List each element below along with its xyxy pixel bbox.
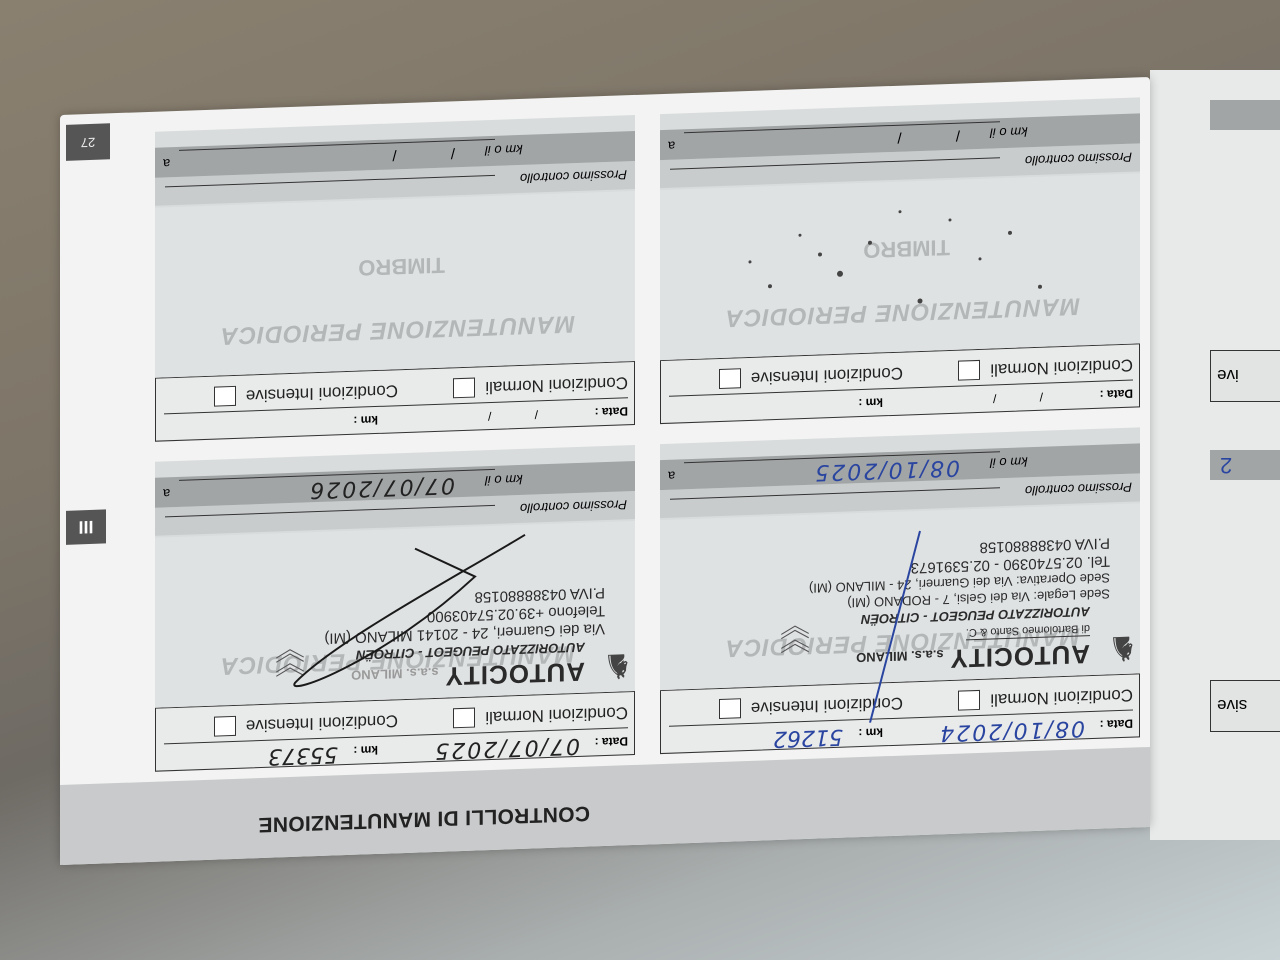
stamp-legal-form: s.a.s. MILANO	[351, 665, 438, 683]
at-label: a	[668, 469, 675, 484]
maintenance-booklet: CONTROLLI DI MANUTENZIONE III 27 Data : …	[60, 77, 1150, 865]
intensive-conditions-label: Condizioni Intensive	[246, 380, 398, 405]
next-check-date-blank[interactable]: / /	[897, 127, 960, 146]
next-check-date[interactable]: 08/10/2025	[813, 455, 960, 485]
stamp-legal-form: s.a.s. MILANO	[856, 647, 943, 665]
citroen-chevron-icon: ︾︾	[277, 638, 305, 667]
normal-conditions-label: Condizioni Normali	[485, 702, 628, 727]
stamp-area: MANUTENZIONE PERIODICA TIMBRO	[155, 191, 635, 378]
maintenance-entry-card: Data : 07/07/2025 km : 55373 Condizioni …	[155, 445, 635, 772]
intensive-conditions-checkbox[interactable]	[214, 716, 236, 737]
facing-page: ive 2 sive	[1150, 70, 1280, 840]
date-label: Data :	[1100, 717, 1133, 732]
dealer-stamp: ♞ AUTOCITYs.a.s. MILANO AUTORIZZATO PEUG…	[185, 526, 605, 701]
at-label: a	[163, 486, 170, 501]
km-value[interactable]: 51262	[773, 724, 843, 751]
normal-conditions-checkbox[interactable]	[958, 360, 980, 381]
intensive-conditions-checkbox[interactable]	[719, 368, 741, 389]
maintenance-entry-card: Data : / / km : Condizioni Normali Condi…	[155, 115, 635, 442]
stamp-area: MANUTENZIONE PERIODICA ♞ AUTOCITYs.a.s. …	[155, 521, 635, 708]
normal-conditions-checkbox[interactable]	[958, 690, 980, 711]
watermark-stamp: TIMBRO	[863, 234, 950, 263]
page-number: 27	[66, 123, 110, 161]
photo-scene: ive 2 sive CONTROLLI DI MANUTENZIONE III…	[0, 0, 1280, 960]
lion-logo-icon: ♞	[603, 645, 633, 686]
km-label: km :	[858, 395, 883, 410]
date-value[interactable]: 07/07/2025	[433, 733, 580, 763]
date-label: Data :	[595, 404, 628, 419]
next-check-label: Prossimo controllo	[520, 167, 627, 186]
citroen-chevron-icon: ︾︾	[782, 615, 810, 644]
facing-page-label-2: sive	[1217, 695, 1247, 715]
normal-conditions-option[interactable]: Condizioni Normali	[453, 702, 628, 728]
intensive-conditions-label: Condizioni Intensive	[751, 363, 903, 388]
intensive-conditions-option[interactable]: Condizioni Intensive	[719, 693, 903, 719]
next-check-date-blank[interactable]: / /	[392, 144, 455, 163]
entries-grid: Data : 08/10/2024 km : 51262 Condizioni …	[140, 87, 1140, 772]
facing-page-handwriting: 2	[1220, 452, 1232, 478]
intensive-conditions-checkbox[interactable]	[719, 698, 741, 719]
intensive-conditions-option[interactable]: Condizioni Intensive	[719, 363, 903, 389]
stamp-owner: di Bartolomeo Santo & C.	[966, 622, 1090, 640]
km-label: km :	[858, 725, 883, 740]
intensive-conditions-label: Condizioni Intensive	[751, 693, 903, 718]
date-blank[interactable]: / /	[488, 407, 538, 423]
booklet-page: CONTROLLI DI MANUTENZIONE III 27 Data : …	[60, 77, 1150, 865]
normal-conditions-label: Condizioni Normali	[990, 355, 1133, 380]
km-label: km :	[353, 743, 378, 758]
next-check-label: Prossimo controllo	[520, 497, 627, 516]
km-value[interactable]: 55373	[268, 741, 338, 768]
normal-conditions-option[interactable]: Condizioni Normali	[958, 685, 1133, 711]
next-check-label: Prossimo controllo	[1025, 150, 1132, 169]
next-check-label: Prossimo controllo	[1025, 480, 1132, 499]
watermark-stamp: TIMBRO	[358, 252, 445, 281]
facing-page-km-band-2: 2	[1210, 450, 1280, 480]
normal-conditions-option[interactable]: Condizioni Normali	[453, 372, 628, 398]
facing-page-km-band	[1210, 100, 1280, 130]
date-value[interactable]: 08/10/2024	[938, 715, 1085, 745]
next-check-date[interactable]: 07/07/2026	[308, 472, 455, 502]
stamp-brand: AUTOCITY	[950, 639, 1090, 674]
normal-conditions-checkbox[interactable]	[453, 378, 475, 399]
lion-logo-icon: ♞	[1108, 627, 1138, 668]
facing-page-header-box-2: sive	[1210, 680, 1280, 732]
section-title: CONTROLLI DI MANUTENZIONE	[258, 801, 590, 837]
km-or-on-label: km o il	[990, 454, 1028, 470]
km-label: km :	[353, 413, 378, 428]
normal-conditions-label: Condizioni Normali	[485, 372, 628, 397]
at-label: a	[163, 156, 170, 171]
at-label: a	[668, 139, 675, 154]
intensive-conditions-option[interactable]: Condizioni Intensive	[214, 380, 398, 406]
maintenance-entry-card: Data : / / km : Condizioni Normali Condi…	[660, 97, 1140, 424]
stamp-brand: AUTOCITY	[445, 657, 585, 692]
stamp-area: MANUTENZIONE PERIODICA ♞ AUTOCITYs.a.s. …	[660, 503, 1140, 690]
watermark-title: MANUTENZIONE PERIODICA	[220, 309, 575, 349]
intensive-conditions-option[interactable]: Condizioni Intensive	[214, 710, 398, 736]
normal-conditions-option[interactable]: Condizioni Normali	[958, 355, 1133, 381]
km-or-on-label: km o il	[485, 472, 523, 488]
normal-conditions-label: Condizioni Normali	[990, 685, 1133, 710]
intensive-conditions-checkbox[interactable]	[214, 386, 236, 407]
stamp-area: MANUTENZIONE PERIODICA TIMBRO	[660, 173, 1140, 360]
watermark-title: MANUTENZIONE PERIODICA	[725, 291, 1080, 331]
date-label: Data :	[595, 734, 628, 749]
maintenance-entry-card: Data : 08/10/2024 km : 51262 Condizioni …	[660, 427, 1140, 754]
section-tab: III	[66, 509, 106, 544]
normal-conditions-checkbox[interactable]	[453, 708, 475, 729]
km-or-on-label: km o il	[485, 142, 523, 158]
date-label: Data :	[1100, 387, 1133, 402]
facing-page-label: ive	[1217, 365, 1239, 385]
intensive-conditions-label: Condizioni Intensive	[246, 710, 398, 735]
facing-page-header-box: ive	[1210, 350, 1280, 402]
km-or-on-label: km o il	[990, 124, 1028, 140]
dealer-stamp: ♞ AUTOCITYs.a.s. MILANO di Bartolomeo Sa…	[690, 508, 1110, 683]
date-blank[interactable]: / /	[993, 390, 1043, 406]
